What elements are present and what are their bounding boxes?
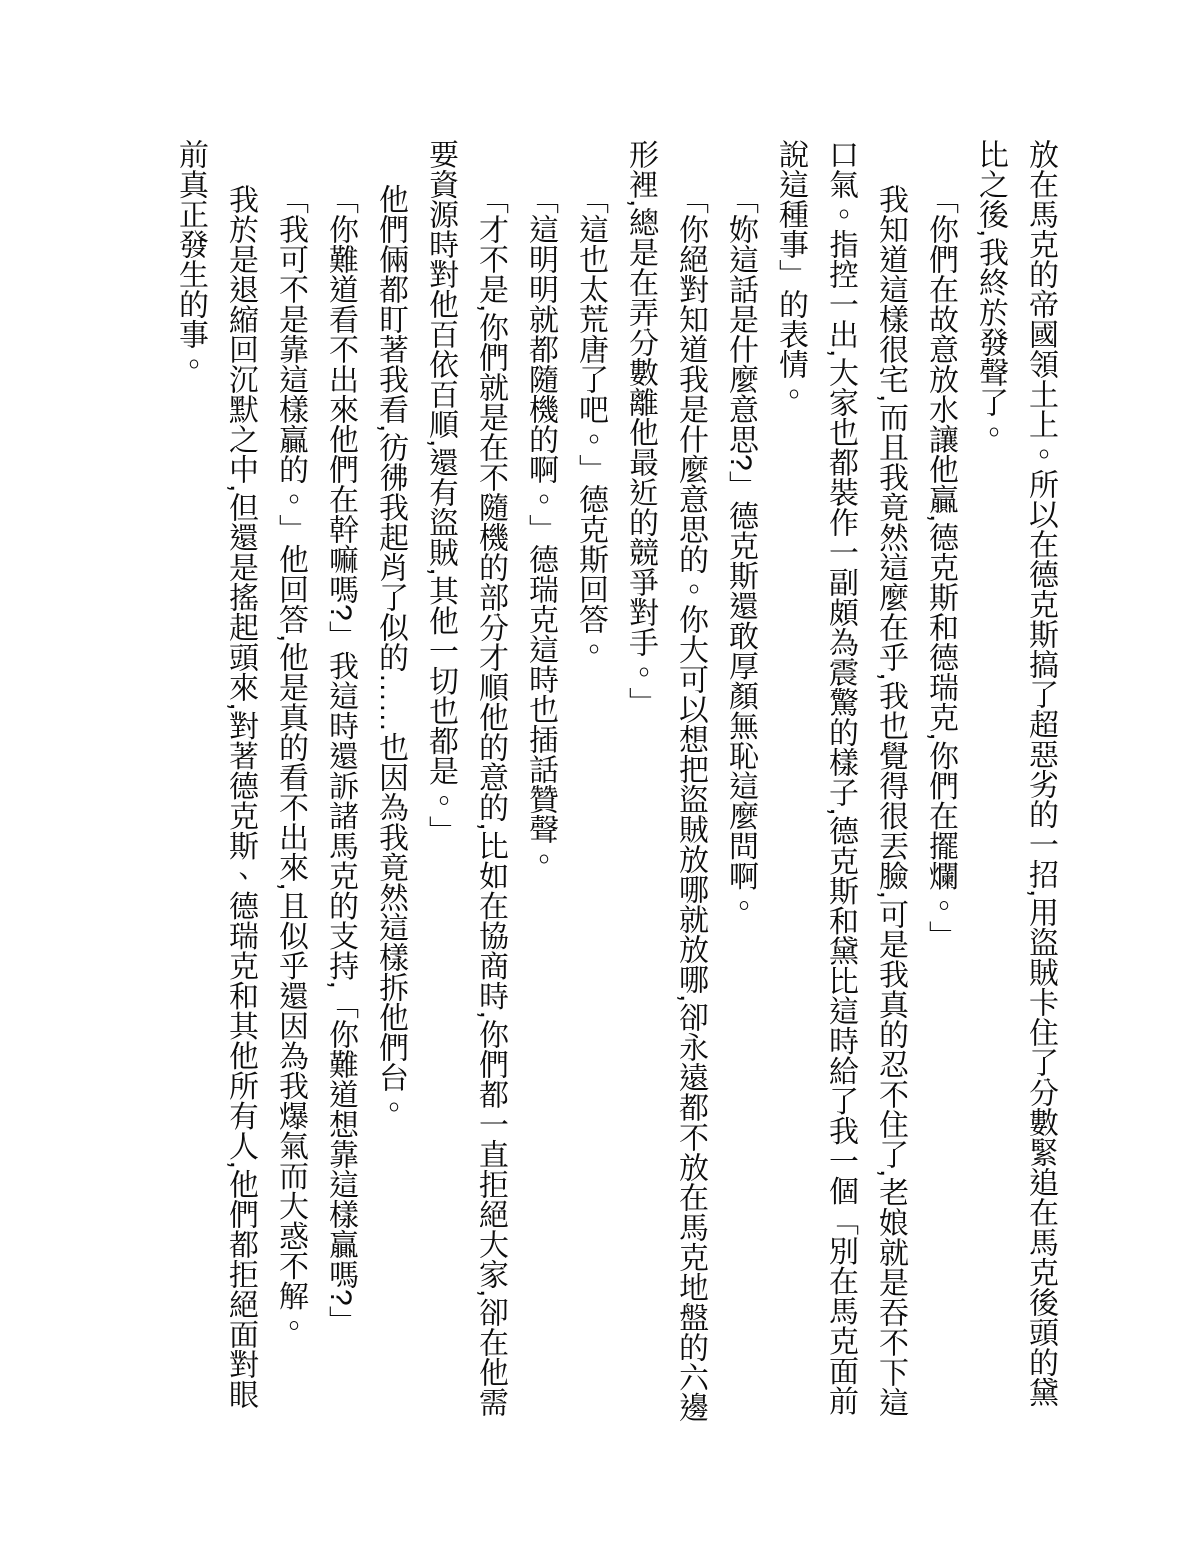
paragraph-dialogue: 「你難道看不出來他們在幹嘛嗎?」我這時還訴諸馬克的支持,「你難道想靠這樣贏嗎?」 bbox=[315, 139, 365, 1432]
paragraph-dialogue: 「才不是,你們就是在不隨機的部分才順他的意的,比如在協商時,你們都一直拒絕大家,… bbox=[415, 139, 515, 1432]
paragraph-dialogue: 「妳這話是什麼意思?」德克斯還敢厚顏無恥這麼問啊。 bbox=[715, 139, 765, 1432]
paragraph-dialogue: 「我可不是靠這樣贏的。」他回答,他是真的看不出來,且似乎還因為我爆氣而大惑不解。 bbox=[265, 139, 315, 1432]
vertical-text-block: 放在馬克的帝國領土上。所以在德克斯搞了超惡劣的一招,用盜賊卡住了分數緊追在馬克後… bbox=[165, 139, 1065, 1432]
paragraph-dialogue: 「你們在故意放水讓他贏,德克斯和德瑞克,你們在擺爛。」 bbox=[915, 139, 965, 1432]
novel-page: 放在馬克的帝國領土上。所以在德克斯搞了超惡劣的一招,用盜賊卡住了分數緊追在馬克後… bbox=[0, 0, 1200, 1554]
paragraph-dialogue: 「你絕對知道我是什麼意思的。你大可以想把盜賊放哪就放哪,卻永遠都不放在馬克地盤的… bbox=[615, 139, 715, 1432]
paragraph-narration: 我於是退縮回沉默之中,但還是搖起頭來,對著德克斯、德瑞克和其他所有人,他們都拒絕… bbox=[165, 139, 265, 1432]
paragraph-dialogue: 「這明明就都隨機的啊。」德瑞克這時也插話贊聲。 bbox=[515, 139, 565, 1432]
paragraph-continuation: 放在馬克的帝國領土上。所以在德克斯搞了超惡劣的一招,用盜賊卡住了分數緊追在馬克後… bbox=[965, 139, 1065, 1432]
paragraph-narration: 他們倆都盯著我看,彷彿我起肖了似的……也因為我竟然這樣拆他們台。 bbox=[365, 139, 415, 1432]
paragraph-narration: 我知道這樣很宅,而且我竟然這麼在乎,我也覺得很丟臉,可是我真的忍不住了,老娘就是… bbox=[765, 139, 915, 1432]
paragraph-dialogue: 「這也太荒唐了吧。」德克斯回答。 bbox=[565, 139, 615, 1432]
